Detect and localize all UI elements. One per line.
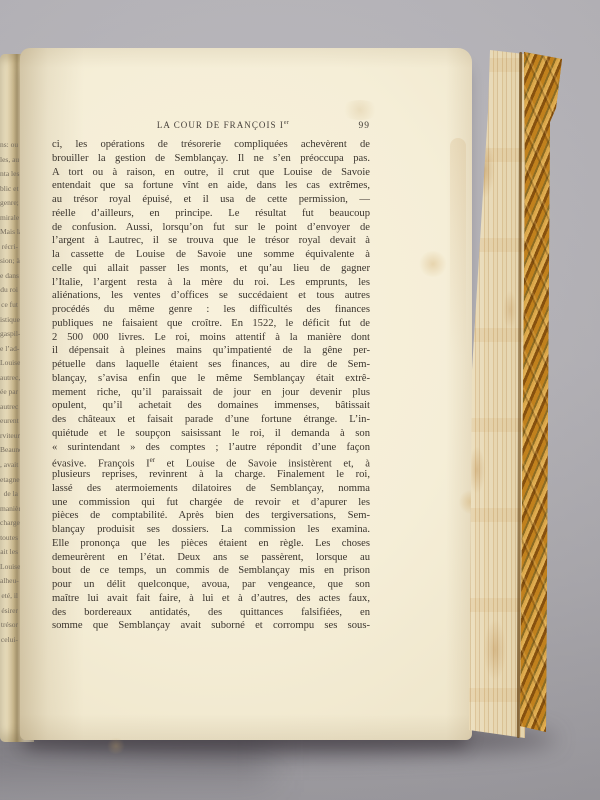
facing-page-fragment: eurent <box>0 414 18 429</box>
running-head-title: LA COUR DE FRANÇOIS Ier <box>64 120 382 130</box>
body-text-line: évasive. François Ier et Louise de Savoi… <box>52 454 370 468</box>
foxing-stain <box>418 251 448 277</box>
facing-page-fragment: ce fut <box>0 298 18 313</box>
foxing-stain <box>340 100 380 120</box>
facing-page-fragment: celui- <box>0 633 18 648</box>
facing-page-fragment: Louise <box>0 356 18 371</box>
facing-page-fragment: charge, <box>0 516 18 531</box>
facing-page-fragment: de la <box>0 487 18 502</box>
facing-page-fragment: mirale <box>0 211 18 226</box>
body-text-line: quiétude et le soupçon saisissant le roi… <box>52 427 370 441</box>
facing-page-fragment: sion; à <box>0 254 18 269</box>
facing-page-fragment: Beaune <box>0 443 18 458</box>
facing-page-fragment: toutes <box>0 531 18 546</box>
facing-page-fragment: autrec <box>0 400 18 415</box>
body-text-line: « surintendant » des comptes ; l’autre r… <box>52 441 370 455</box>
body-text-line: des châteaux et faisait parade d’une for… <box>52 413 370 427</box>
body-text-line: lassé des atermoiements dilatoires de Se… <box>52 482 370 496</box>
facing-page-fragment: blic et <box>0 182 18 197</box>
body-text-line: au trésor royal épuisé, et il usa de cet… <box>52 193 370 207</box>
facing-page-fragment: ns: ou <box>0 138 18 153</box>
facing-page-text-fragments: ns: oules, aunta lesblic etgenre;miraleM… <box>0 138 18 647</box>
facing-page-fragment: autrec, <box>0 371 18 386</box>
facing-page-fragment: récri- <box>0 240 18 255</box>
body-text-line: il dépensait à pleines mains qu’impatien… <box>52 344 370 358</box>
running-head: LA COUR DE FRANÇOIS Ier 99 <box>52 120 370 134</box>
page-number: 99 <box>359 121 371 131</box>
facing-page-fragment: Louise <box>0 560 18 575</box>
facing-page-fragment: etagne, <box>0 473 18 488</box>
body-text-line: la cassette de Louise de Savoie une somm… <box>52 248 370 262</box>
facing-page-fragment: les, au <box>0 153 18 168</box>
body-text-line: blançay, s’avisa enfin que le même Sembl… <box>52 372 370 386</box>
body-text-line: maître lui avait fait faire, à lui et à … <box>52 592 370 606</box>
body-text-line: pour un délit quelconque, avoua, par ven… <box>52 578 370 592</box>
facing-page-fragment: trésor <box>0 618 18 633</box>
facing-page-fragment: du roi <box>0 283 18 298</box>
facing-page-fragment: , avait <box>0 458 18 473</box>
body-text-line: opulent, qu’il achetait des domaines imm… <box>52 399 370 413</box>
body-text-line: mement riche, qu’il paraissait de jour e… <box>52 386 370 400</box>
body-text-line: somme que Semblançay avait suborné et co… <box>52 619 370 633</box>
foxing-stain <box>106 738 126 754</box>
body-text-line: ci, les opérations de trésorerie compliq… <box>52 138 370 152</box>
body-text-line: blançay produisit ses dossiers. La commi… <box>52 523 370 537</box>
facing-page-fragment: rviteur <box>0 429 18 444</box>
facing-page-fragment: gaspil- <box>0 327 18 342</box>
facing-page-fragment: ésirer <box>0 604 18 619</box>
body-text-line: de confusion. Aussi, lorsqu’on fut sur l… <box>52 221 370 235</box>
body-text-line: A tort ou à raison, en outre, il crut qu… <box>52 166 370 180</box>
facing-page-fragment: ait les <box>0 545 18 560</box>
facing-page-fragment: ée par <box>0 385 18 400</box>
facing-page-fragment: alheu- <box>0 574 18 589</box>
body-text-line: pièces de comptabilité. Après bien des t… <box>52 509 370 523</box>
body-text-line: pétuelle dans laquelle étaient ses finan… <box>52 358 370 372</box>
body-text-line: 2 500 000 livres. Le roi, moins attentif… <box>52 331 370 345</box>
facing-page-fragment: genre; <box>0 196 18 211</box>
body-text-line: entendait que sa fortune vînt en aide, d… <box>52 179 370 193</box>
book-photo: ns: oules, aunta lesblic etgenre;miraleM… <box>0 0 600 800</box>
body-text-line: procédés du même genre : les difficultés… <box>52 303 370 317</box>
body-text-line: plusieurs reprises, revinrent à la charg… <box>52 468 370 482</box>
facing-page-fragment: e l’ad- <box>0 342 18 357</box>
body-text-line: publiques ne faisaient que croître. En 1… <box>52 317 370 331</box>
foxing-streak <box>450 138 466 358</box>
facing-page-fragment: manière <box>0 502 18 517</box>
body-text-line: bout de ce temps, un commis de Semblança… <box>52 564 370 578</box>
facing-page-fragment: istique <box>0 313 18 328</box>
body-text-line: aliénations, les ventes d’offices se suc… <box>52 289 370 303</box>
facing-page-fragment: e dans <box>0 269 18 284</box>
body-text-line: l’argent à Lautrec, il se trouva que le … <box>52 234 370 248</box>
body-text-line: Elle prononça que les pièces étaient en … <box>52 537 370 551</box>
facing-page-fragment: nta les <box>0 167 18 182</box>
body-text-line: brouiller la gestion de Semblançay. Il n… <box>52 152 370 166</box>
body-text-line: une commission qui fut chargée de revoir… <box>52 496 370 510</box>
body-text-line: celle qui allait passer les monts, et qu… <box>52 262 370 276</box>
facing-page-fragment: Mais la <box>0 225 18 240</box>
facing-page-fragment: eté, il <box>0 589 18 604</box>
body-text-line: réelle d’ailleurs, en principe. Le résul… <box>52 207 370 221</box>
body-text-line: l’Italie, l’argent resta à la mère du ro… <box>52 276 370 290</box>
body-text-line: demeurèrent en l’état. Deux ans se passè… <box>52 551 370 565</box>
body-text: ci, les opérations de trésorerie compliq… <box>52 138 370 633</box>
book-page: LA COUR DE FRANÇOIS Ier 99 ci, les opéra… <box>20 48 472 740</box>
body-text-line: des bordereaux antidatés, des quittances… <box>52 606 370 620</box>
